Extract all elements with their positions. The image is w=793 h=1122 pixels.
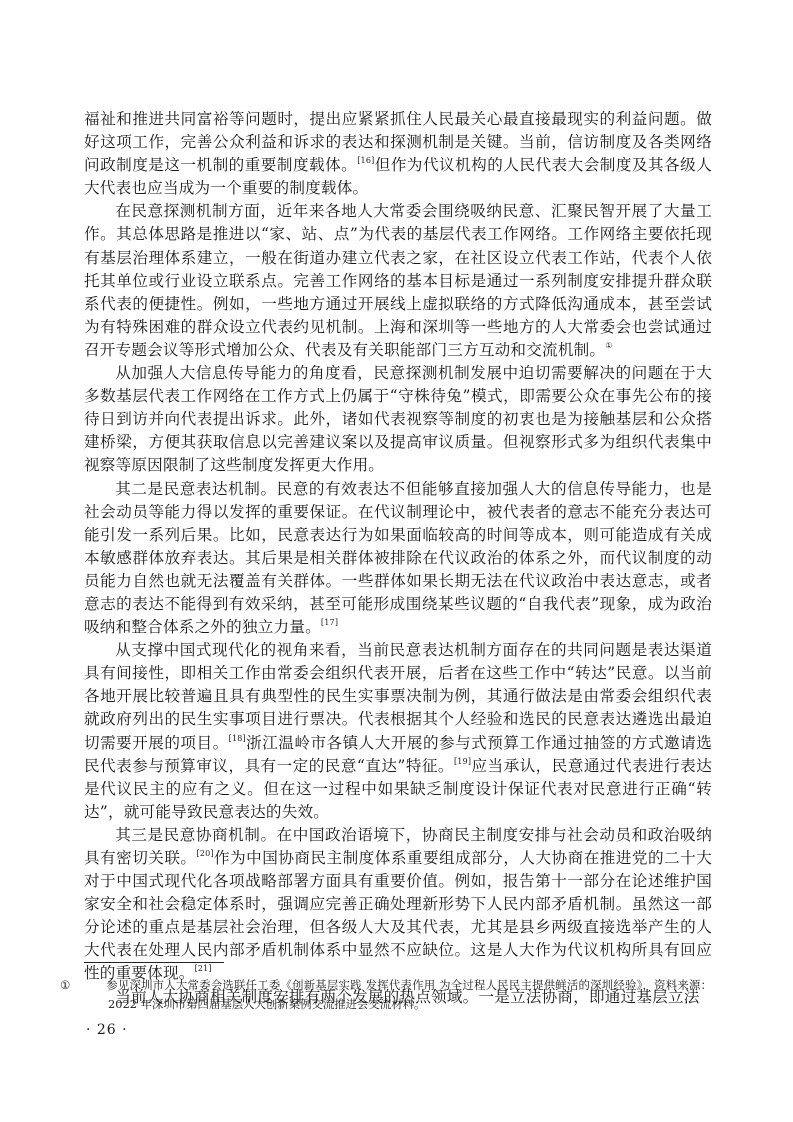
paragraph: 从支撑中国式现代化的视角来看，当前民意表达机制方面存在的共同问题是表达渠道具有间… — [84, 639, 712, 824]
paragraph: 从加强人大信息传导能力的角度看，民意探测机制发展中迫切需要解决的问题在于大多数基… — [84, 362, 712, 477]
paragraph-text: 其二是民意表达机制。民意的有效表达不但能够直接加强人大的信息传导能力，也是社会动… — [84, 480, 712, 637]
page-number: · 26 · — [86, 1022, 128, 1038]
paragraph: 福祉和推进共同富裕等问题时，提出应紧紧抓住人民最关心最直接最现实的利益问题。做好… — [84, 108, 712, 200]
citation-marker: [18] — [229, 734, 246, 743]
footnote: ①参见深圳市人大常委会选联任工委《创新基层实践 发挥代表作用 为全过程人民民主提… — [84, 976, 712, 1014]
footnote-mark: ① — [84, 976, 106, 995]
citation-marker: [21] — [195, 964, 212, 973]
footnote-item: ①参见深圳市人大常委会选联任工委《创新基层实践 发挥代表作用 为全过程人民民主提… — [84, 976, 712, 1014]
footnote-text: 参见深圳市人大常委会选联任工委《创新基层实践 发挥代表作用 为全过程人民民主提供… — [106, 978, 712, 1011]
citation-marker: [16] — [357, 156, 374, 165]
citation-marker: [19] — [454, 757, 471, 766]
citation-marker: [20] — [197, 849, 214, 858]
paragraph: 在民意探测机制方面，近年来各地人大常委会围绕吸纳民意、汇聚民智开展了大量工作。其… — [84, 200, 712, 362]
paragraph: 其二是民意表达机制。民意的有效表达不但能够直接加强人大的信息传导能力，也是社会动… — [84, 478, 712, 640]
paragraph-text: 从加强人大信息传导能力的角度看，民意探测机制发展中迫切需要解决的问题在于大多数基… — [84, 364, 712, 474]
citation-marker: [17] — [321, 618, 338, 627]
body-text: 福祉和推进共同富裕等问题时，提出应紧紧抓住人民最关心最直接最现实的利益问题。做好… — [84, 108, 712, 1009]
footnote-divider — [84, 962, 224, 963]
citation-marker: ① — [605, 341, 612, 350]
paragraph-text: 在民意探测机制方面，近年来各地人大常委会围绕吸纳民意、汇聚民智开展了大量工作。其… — [84, 202, 712, 359]
